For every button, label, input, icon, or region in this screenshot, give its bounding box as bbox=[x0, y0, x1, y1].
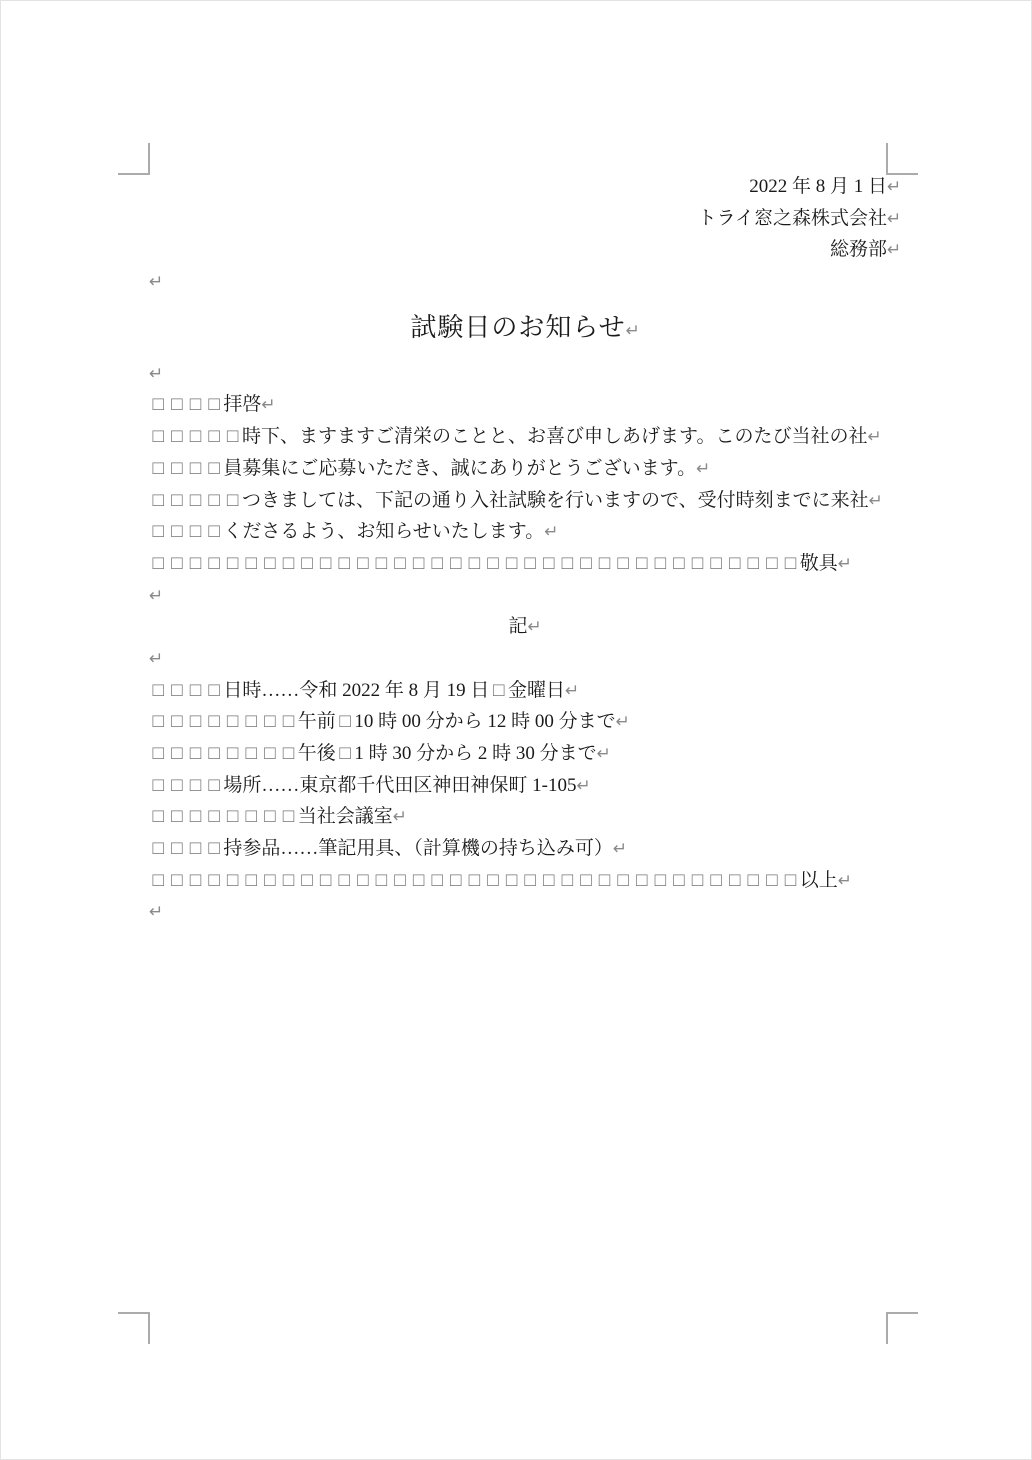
page-title: 試験日のお知らせ bbox=[410, 313, 625, 342]
fullwidth-space-mark: □ bbox=[670, 548, 689, 580]
fullwidth-space-mark: □ bbox=[279, 738, 298, 770]
fullwidth-space-mark: □ bbox=[539, 865, 558, 897]
date-line: 2022 年 8 月 1 日↵ bbox=[149, 171, 887, 203]
fullwidth-space-mark: □ bbox=[632, 548, 651, 580]
fullwidth-space-mark: □ bbox=[372, 865, 391, 897]
datetime-line: □□□□日時……令和 2022 年 8 月 19 日□金曜日↵ bbox=[149, 675, 887, 707]
fullwidth-space-mark: □ bbox=[205, 453, 224, 485]
blank-line: ↵ bbox=[149, 580, 887, 612]
fullwidth-space-mark: □ bbox=[168, 516, 187, 548]
fullwidth-space-mark: □ bbox=[149, 801, 168, 833]
fullwidth-space-mark: □ bbox=[149, 516, 168, 548]
ijou-line: □□□□□□□□□□□□□□□□□□□□□□□□□□□□□□□□□□□以上↵ bbox=[149, 865, 887, 897]
fullwidth-space-mark: □ bbox=[335, 548, 354, 580]
ki-heading-line: 記↵ bbox=[149, 611, 887, 643]
fullwidth-space-mark: □ bbox=[372, 548, 391, 580]
fullwidth-space-mark: □ bbox=[186, 453, 205, 485]
fullwidth-space-mark: □ bbox=[707, 865, 726, 897]
fullwidth-space-mark: □ bbox=[149, 485, 168, 517]
fullwidth-space-mark: □ bbox=[186, 770, 205, 802]
fullwidth-space-mark: □ bbox=[223, 706, 242, 738]
fullwidth-space-mark: □ bbox=[521, 548, 540, 580]
fullwidth-space-mark: □ bbox=[595, 548, 614, 580]
fullwidth-space-mark: □ bbox=[558, 548, 577, 580]
fullwidth-space-mark: □ bbox=[261, 706, 280, 738]
fullwidth-space-mark: □ bbox=[781, 548, 800, 580]
fullwidth-space-mark: □ bbox=[149, 675, 168, 707]
fullwidth-space-mark: □ bbox=[261, 865, 280, 897]
body-line-2: □□□□員募集にご応募いただき、誠にありがとうございます。↵ bbox=[149, 453, 887, 485]
fullwidth-space-mark: □ bbox=[205, 801, 224, 833]
afternoon-time-line: □□□□□□□□午後□1 時 30 分から 2 時 30 分まで↵ bbox=[149, 738, 887, 770]
title-line: 試験日のお知らせ↵ bbox=[149, 298, 887, 358]
fullwidth-space-mark: □ bbox=[391, 548, 410, 580]
fullwidth-space-mark: □ bbox=[502, 548, 521, 580]
fullwidth-space-mark: □ bbox=[484, 548, 503, 580]
fullwidth-space-mark: □ bbox=[223, 548, 242, 580]
fullwidth-space-mark: □ bbox=[316, 865, 335, 897]
blank-line: ↵ bbox=[149, 896, 887, 928]
fullwidth-space-mark: □ bbox=[279, 801, 298, 833]
fullwidth-space-mark: □ bbox=[354, 865, 373, 897]
fullwidth-space-mark: □ bbox=[261, 801, 280, 833]
fullwidth-space-mark: □ bbox=[279, 865, 298, 897]
fullwidth-space-mark: □ bbox=[521, 865, 540, 897]
fullwidth-space-mark: □ bbox=[223, 485, 242, 517]
fullwidth-space-mark: □ bbox=[261, 548, 280, 580]
keigu-line: □□□□□□□□□□□□□□□□□□□□□□□□□□□□□□□□□□□敬具↵ bbox=[149, 548, 887, 580]
fullwidth-space-mark: □ bbox=[409, 548, 428, 580]
fullwidth-space-mark: □ bbox=[149, 770, 168, 802]
fullwidth-space-mark: □ bbox=[428, 548, 447, 580]
fullwidth-space-mark: □ bbox=[149, 738, 168, 770]
fullwidth-space-mark: □ bbox=[149, 865, 168, 897]
fullwidth-space-mark: □ bbox=[223, 801, 242, 833]
fullwidth-space-mark: □ bbox=[149, 453, 168, 485]
fullwidth-space-mark: □ bbox=[707, 548, 726, 580]
department-line: 総務部↵ bbox=[149, 234, 887, 266]
fullwidth-space-mark: □ bbox=[186, 421, 205, 453]
fullwidth-space-mark: □ bbox=[242, 548, 261, 580]
fullwidth-space-mark: □ bbox=[168, 770, 187, 802]
fullwidth-space-mark: □ bbox=[205, 548, 224, 580]
fullwidth-space-mark: □ bbox=[447, 548, 466, 580]
document-text-area[interactable]: 2022 年 8 月 1 日↵ トライ窓之森株式会社↵ 総務部↵ ↵ 試験日のお… bbox=[149, 171, 887, 928]
fullwidth-space-mark: □ bbox=[168, 738, 187, 770]
fullwidth-space-mark: □ bbox=[149, 421, 168, 453]
fullwidth-space-mark: □ bbox=[428, 865, 447, 897]
fullwidth-space-mark: □ bbox=[168, 389, 187, 421]
blank-line: ↵ bbox=[149, 266, 887, 298]
fullwidth-space-mark: □ bbox=[223, 738, 242, 770]
fullwidth-space-mark: □ bbox=[651, 865, 670, 897]
fullwidth-space-mark: □ bbox=[186, 516, 205, 548]
fullwidth-space-mark: □ bbox=[688, 548, 707, 580]
fullwidth-space-mark: □ bbox=[279, 706, 298, 738]
fullwidth-space-mark: □ bbox=[205, 389, 224, 421]
fullwidth-space-mark: □ bbox=[614, 865, 633, 897]
fullwidth-space-mark: □ bbox=[168, 865, 187, 897]
fullwidth-space-mark: □ bbox=[577, 865, 596, 897]
fullwidth-space-mark: □ bbox=[484, 865, 503, 897]
fullwidth-space-mark: □ bbox=[670, 865, 689, 897]
fullwidth-space-mark: □ bbox=[186, 548, 205, 580]
fullwidth-space-mark: □ bbox=[149, 389, 168, 421]
fullwidth-space-mark: □ bbox=[502, 865, 521, 897]
fullwidth-space-mark: □ bbox=[186, 865, 205, 897]
fullwidth-space-mark: □ bbox=[279, 548, 298, 580]
fullwidth-space-mark: □ bbox=[298, 548, 317, 580]
fullwidth-space-mark: □ bbox=[223, 865, 242, 897]
morning-time-line: □□□□□□□□午前□10 時 00 分から 12 時 00 分まで↵ bbox=[149, 706, 887, 738]
fullwidth-space-mark: □ bbox=[763, 865, 782, 897]
fullwidth-space-mark: □ bbox=[391, 865, 410, 897]
fullwidth-space-mark: □ bbox=[205, 706, 224, 738]
body-line-3: □□□□□つきましては、下記の通り入社試験を行いますので、受付時刻までに来社↵ bbox=[149, 485, 887, 517]
fullwidth-space-mark: □ bbox=[205, 485, 224, 517]
fullwidth-space-mark: □ bbox=[763, 548, 782, 580]
greeting-line: □□□□拝啓↵ bbox=[149, 389, 887, 421]
fullwidth-space-mark: □ bbox=[168, 548, 187, 580]
fullwidth-space-mark: □ bbox=[205, 770, 224, 802]
fullwidth-space-mark: □ bbox=[744, 548, 763, 580]
items-line: □□□□持参品……筆記用具、（計算機の持ち込み可）↵ bbox=[149, 833, 887, 865]
fullwidth-space-mark: □ bbox=[651, 548, 670, 580]
place-line: □□□□場所……東京都千代田区神田神保町 1-105↵ bbox=[149, 770, 887, 802]
fullwidth-space-mark: □ bbox=[186, 738, 205, 770]
fullwidth-space-mark: □ bbox=[781, 865, 800, 897]
room-line: □□□□□□□□当社会議室↵ bbox=[149, 801, 887, 833]
fullwidth-space-mark: □ bbox=[465, 548, 484, 580]
fullwidth-space-mark: □ bbox=[558, 865, 577, 897]
fullwidth-space-mark: □ bbox=[168, 801, 187, 833]
fullwidth-space-mark: □ bbox=[242, 738, 261, 770]
fullwidth-space-mark: □ bbox=[186, 389, 205, 421]
fullwidth-space-mark: □ bbox=[242, 801, 261, 833]
fullwidth-space-mark: □ bbox=[205, 833, 224, 865]
fullwidth-space-mark: □ bbox=[335, 865, 354, 897]
fullwidth-space-mark: □ bbox=[336, 738, 355, 770]
fullwidth-space-mark: □ bbox=[725, 548, 744, 580]
crop-mark-top-right bbox=[886, 143, 918, 175]
fullwidth-space-mark: □ bbox=[186, 833, 205, 865]
fullwidth-space-mark: □ bbox=[688, 865, 707, 897]
fullwidth-space-mark: □ bbox=[725, 865, 744, 897]
fullwidth-space-mark: □ bbox=[261, 738, 280, 770]
blank-line: ↵ bbox=[149, 358, 887, 390]
crop-mark-bottom-right bbox=[886, 1312, 918, 1344]
fullwidth-space-mark: □ bbox=[336, 706, 355, 738]
fullwidth-space-mark: □ bbox=[149, 706, 168, 738]
fullwidth-space-mark: □ bbox=[354, 548, 373, 580]
fullwidth-space-mark: □ bbox=[168, 421, 187, 453]
blank-line: ↵ bbox=[149, 643, 887, 675]
fullwidth-space-mark: □ bbox=[168, 833, 187, 865]
body-line-1: □□□□□時下、ますますご清栄のことと、お喜び申しあげます。このたび当社の社↵ bbox=[149, 421, 887, 453]
fullwidth-space-mark: □ bbox=[168, 453, 187, 485]
fullwidth-space-mark: □ bbox=[149, 548, 168, 580]
fullwidth-space-mark: □ bbox=[744, 865, 763, 897]
fullwidth-space-mark: □ bbox=[409, 865, 428, 897]
fullwidth-space-mark: □ bbox=[168, 675, 187, 707]
crop-mark-top-left bbox=[118, 143, 150, 175]
fullwidth-space-mark: □ bbox=[242, 865, 261, 897]
fullwidth-space-mark: □ bbox=[186, 485, 205, 517]
fullwidth-space-mark: □ bbox=[577, 548, 596, 580]
fullwidth-space-mark: □ bbox=[465, 865, 484, 897]
fullwidth-space-mark: □ bbox=[595, 865, 614, 897]
fullwidth-space-mark: □ bbox=[298, 865, 317, 897]
fullwidth-space-mark: □ bbox=[223, 421, 242, 453]
fullwidth-space-mark: □ bbox=[186, 801, 205, 833]
fullwidth-space-mark: □ bbox=[447, 865, 466, 897]
fullwidth-space-mark: □ bbox=[205, 865, 224, 897]
fullwidth-space-mark: □ bbox=[539, 548, 558, 580]
fullwidth-space-mark: □ bbox=[205, 421, 224, 453]
fullwidth-space-mark: □ bbox=[205, 738, 224, 770]
fullwidth-space-mark: □ bbox=[186, 706, 205, 738]
fullwidth-space-mark: □ bbox=[186, 675, 205, 707]
fullwidth-space-mark: □ bbox=[168, 485, 187, 517]
fullwidth-space-mark: □ bbox=[614, 548, 633, 580]
body-line-4: □□□□くださるよう、お知らせいたします。↵ bbox=[149, 516, 887, 548]
fullwidth-space-mark: □ bbox=[168, 706, 187, 738]
fullwidth-space-mark: □ bbox=[489, 675, 508, 707]
document-page[interactable]: 2022 年 8 月 1 日↵ トライ窓之森株式会社↵ 総務部↵ ↵ 試験日のお… bbox=[0, 0, 1032, 1460]
crop-mark-bottom-left bbox=[118, 1312, 150, 1344]
fullwidth-space-mark: □ bbox=[632, 865, 651, 897]
fullwidth-space-mark: □ bbox=[316, 548, 335, 580]
fullwidth-space-mark: □ bbox=[205, 516, 224, 548]
fullwidth-space-mark: □ bbox=[242, 706, 261, 738]
company-line: トライ窓之森株式会社↵ bbox=[149, 203, 887, 235]
fullwidth-space-mark: □ bbox=[149, 833, 168, 865]
fullwidth-space-mark: □ bbox=[205, 675, 224, 707]
